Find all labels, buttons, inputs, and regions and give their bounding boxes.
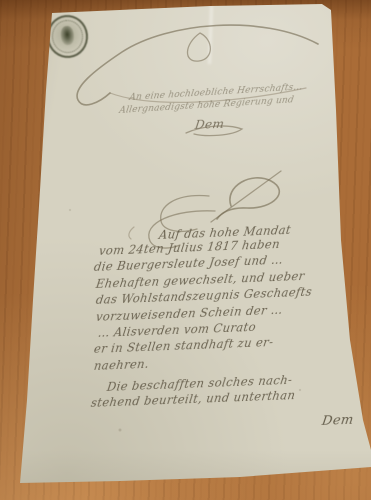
flourish-loop [187,33,210,61]
ink-stamp [45,13,90,60]
manuscript-paper: An eine hochloebliche Herrschafts… Aller… [0,0,371,500]
handwriting-heading-word: Dem [194,117,225,132]
photo-of-manuscript: An eine hochloebliche Herrschafts… Aller… [0,0,371,500]
paraph-tick [129,227,134,239]
paraph-slash [211,171,281,222]
paper-fold-crease [208,6,213,64]
handwriting-line: naehren. [93,357,150,373]
paraph-oval [217,178,279,219]
handwriting-signoff: Dem [321,413,355,429]
